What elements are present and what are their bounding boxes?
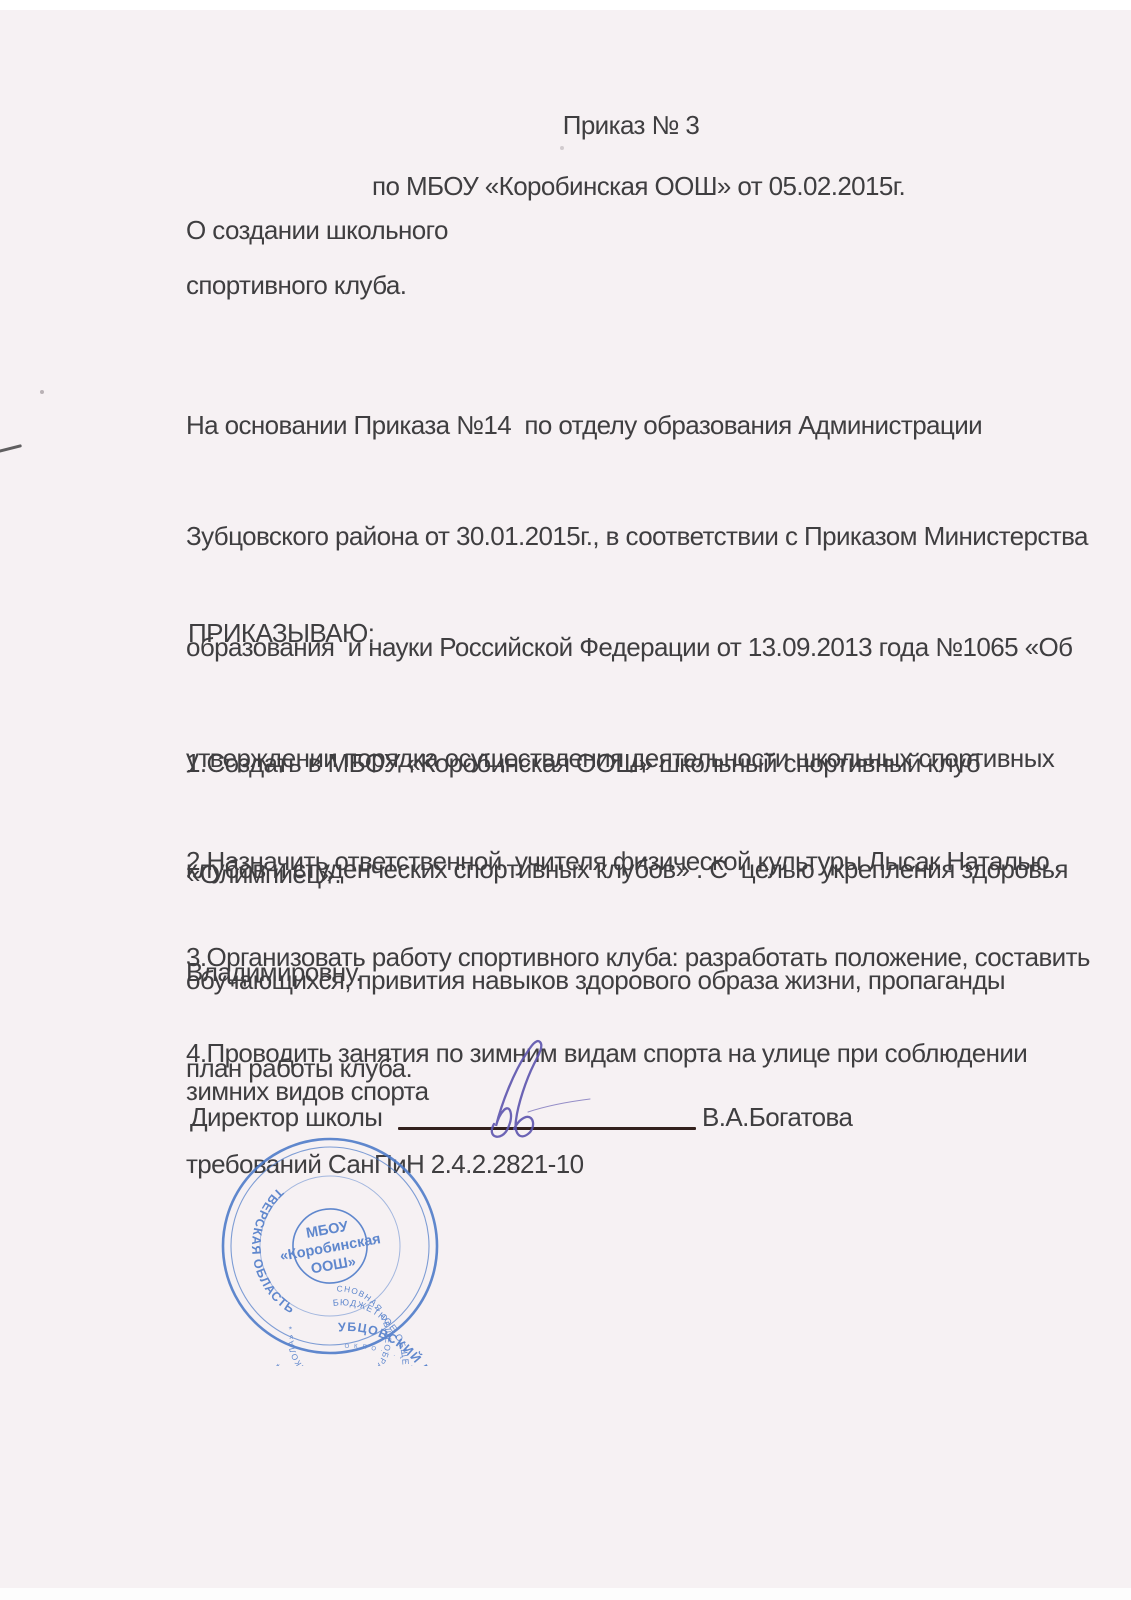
scan-edge-top [0,0,1131,10]
round-official-stamp: · · · · О К П О · · · · · · · · · · · · … [210,1126,450,1366]
preamble-line: Зубцовского района от 30.01.2015г., в со… [186,518,1088,555]
handwritten-signature [470,1028,600,1143]
order-subject-line-1: О создании школьного [186,217,448,243]
scan-edge-bottom [0,1588,1131,1600]
order-title: Приказ № 3 [186,112,1076,138]
scan-artifact-dash [0,444,22,453]
order-item-line: 4.Проводить занятия по зимним видам спор… [186,1035,1027,1072]
scanned-order-document: Приказ № 3 по МБОУ «Коробинская ООШ» от … [0,0,1131,1600]
order-subject-line-2: спортивного клуба. [186,272,406,298]
decree-heading: ПРИКАЗЫВАЮ: [188,620,374,646]
scan-artifact-speck [40,390,44,394]
signature-flourish [528,1099,590,1112]
order-subtitle: по МБОУ «Коробинская ООШ» от 05.02.2015г… [372,173,905,199]
preamble-line: На основании Приказа №14 по отделу образ… [186,407,1088,444]
signature-stroke [492,1041,542,1137]
signature-name: В.А.Богатова [702,1104,852,1130]
scan-artifact-speck [560,146,564,150]
